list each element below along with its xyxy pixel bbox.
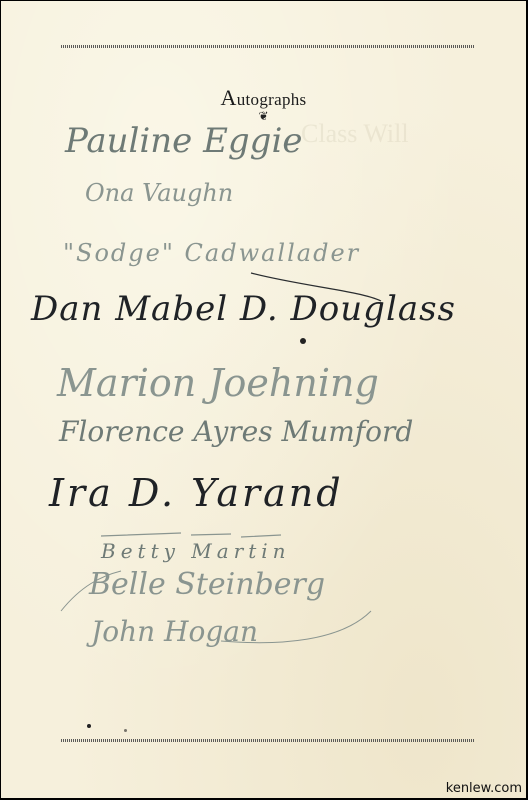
ink-dot	[300, 338, 306, 344]
watermark: kenlew.com	[446, 781, 522, 796]
autograph-page: Class Will Autographs ❦ Pauline Eggie On…	[1, 1, 526, 798]
bottom-decorative-rule	[61, 739, 474, 742]
ink-speck	[124, 729, 127, 732]
ink-speck	[87, 724, 91, 728]
pen-strokes	[1, 1, 526, 798]
